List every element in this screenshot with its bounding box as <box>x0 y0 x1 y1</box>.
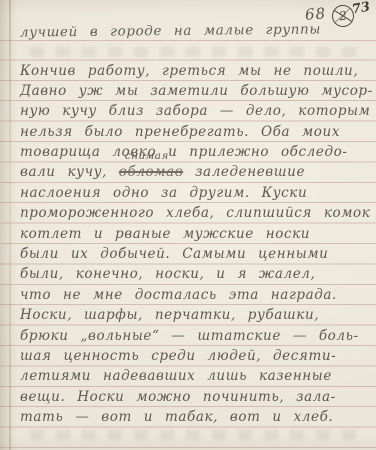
manuscript-line: Давно уж мы заметили большую мусор- <box>20 81 372 101</box>
manuscript-line: были их добычей. Самыми ценными <box>20 244 372 264</box>
inserted-word: снимая <box>125 151 169 161</box>
ink-bleed-through <box>30 47 356 57</box>
manuscript-line: вещи. Носки можно починить, зала- <box>20 387 372 407</box>
manuscript-page: 68 2 73 лучшей в городе на малые группы … <box>0 0 376 450</box>
overwritten-number: 73 <box>351 0 371 17</box>
manuscript-line: летиями надевавших лишь казенные <box>20 366 372 386</box>
manuscript-line: Носки, шарфы, перчатки, рубашки, <box>20 305 372 325</box>
manuscript-line: промороженного хлеба, слипшийся комок <box>20 203 372 223</box>
top-line-fragment: лучшей в городе на малые группы <box>20 20 321 42</box>
correction: обломавснимая <box>119 162 183 182</box>
struck-word: обломав <box>119 164 183 180</box>
manuscript-line: Кончив работу, греться мы не пошли, <box>20 61 372 81</box>
manuscript-line: были, конечно, носки, и я жалел, <box>20 264 372 284</box>
manuscript-line: ную кучу близ забора — дело, которым <box>20 101 372 121</box>
line-text: заледеневшие <box>183 164 305 180</box>
manuscript-line: котлет и рваные мужские носки <box>20 224 372 244</box>
manuscript-line: что не мне досталась эта награда. <box>20 285 372 305</box>
manuscript-line: наслоения одно за другим. Куски <box>20 183 372 203</box>
manuscript-line: товарища ловко и прилежно обследо- <box>20 142 372 162</box>
manuscript-line: вали кучу, обломавснимая заледеневшие <box>20 162 372 182</box>
line-text: вали кучу, <box>20 164 119 180</box>
manuscript-line: шая ценность среди людей, десяти- <box>20 346 372 366</box>
manuscript-body: Кончив работу, греться мы не пошли,Давно… <box>20 61 372 428</box>
manuscript-line: брюки „вольные“ — штатские — боль- <box>20 326 372 346</box>
manuscript-line: тать — вот и табак, вот и хлеб. <box>20 407 372 427</box>
ink-bleed-through <box>30 430 356 440</box>
manuscript-line: нельзя было пренебрегать. Оба моих <box>20 122 372 142</box>
